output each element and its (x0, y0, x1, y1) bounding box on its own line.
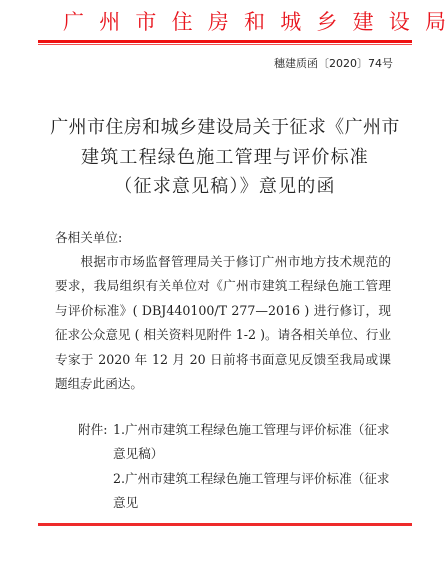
attachment-item-2: 2.广州市建筑工程绿色施工管理与评价标准（征求意见 (113, 467, 393, 516)
salutation: 各相关单位: (55, 226, 122, 250)
attachments-list: 1.广州市建筑工程绿色施工管理与评价标准（征求意见稿） 2.广州市建筑工程绿色施… (113, 418, 393, 516)
title-line-3: （征求意见稿）》意见的函 (40, 172, 410, 202)
header-rule-thin (38, 44, 412, 45)
title-line-1: 广州市住房和城乡建设局关于征求《广州市 (40, 113, 410, 143)
issuer-header: 广州市住房和城乡建设局 (63, 9, 393, 35)
header-rule-thick (38, 40, 412, 43)
document-number: 穗建质函〔2020〕74号 (274, 55, 393, 71)
body-paragraph-text: 根据市市场监督管理局关于修订广州市地方技术规范的要求，我局组织有关单位对《广州市… (55, 254, 391, 391)
title-line-2: 建筑工程绿色施工管理与评价标准 (40, 143, 410, 173)
attachment-item-1: 1.广州市建筑工程绿色施工管理与评价标准（征求意见稿） (113, 418, 393, 467)
attachments-label: 附件: (78, 418, 107, 442)
closing-line: 专此函达。 (80, 372, 143, 396)
footer-rule (38, 523, 412, 526)
